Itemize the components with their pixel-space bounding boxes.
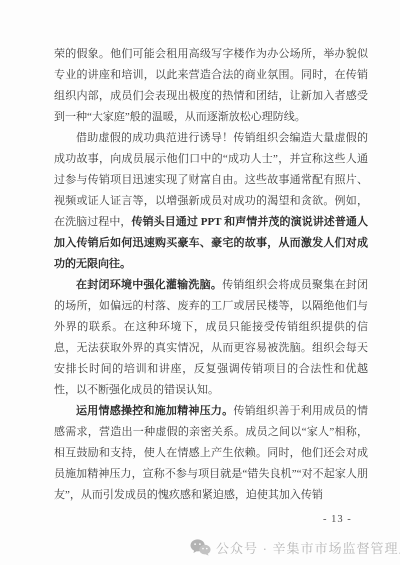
document-page: 荣的假象。他们可能会租用高级写字楼作为办公场所，举办貌似专业的讲座和培训，以此来… [0,0,400,565]
emphasis-text: 运用情感操控和施加精神压力。 [76,405,233,417]
paragraph: 在封闭环境中强化灌输洗脑。传销组织会将成员聚集在封闭的场所，如偏远的村落、废弃的… [54,275,368,401]
paragraph: 荣的假象。他们可能会租用高级写字楼作为办公场所，举办貌似专业的讲座和培训，以此来… [54,44,368,128]
paragraph: 借助虚假的成功典范进行诱导！传销组织会编造大量虚假的成功故事，向成员展示他们口中… [54,128,368,275]
body-text-segment: 荣的假象。他们可能会租用高级写字楼作为办公场所，举办貌似专业的讲座和培训，以此来… [54,48,368,123]
body-text-segment: 传销组织会将成员聚集在封闭的场所，如偏远的村落、废弃的工厂或居民楼等，以隔绝他们… [54,279,368,396]
emphasis-text: 在封闭环境中强化灌输洗脑。 [76,279,222,291]
watermark: 公众号 · 辛集市市场监督管理局 [190,538,400,557]
body-text-segment: 传销组织善于利用成员的情感需求，营造出一种虚假的亲密关系。成员之间以“家人”相称… [54,405,368,501]
body-text-segment: 借助虚假的成功典范进行诱导！传销组织会编造大量虚假的成功故事，向成员展示他们口中… [54,132,368,228]
watermark-text: 公众号 · 辛集市市场监督管理局 [216,538,400,557]
document-body: 荣的假象。他们可能会租用高级写字楼作为办公场所，举办貌似专业的讲座和培训，以此来… [54,44,368,506]
paragraph: 运用情感操控和施加精神压力。传销组织善于利用成员的情感需求，营造出一种虚假的亲密… [54,401,368,506]
wechat-icon [190,539,211,556]
page-number: - 13 - [323,514,352,525]
